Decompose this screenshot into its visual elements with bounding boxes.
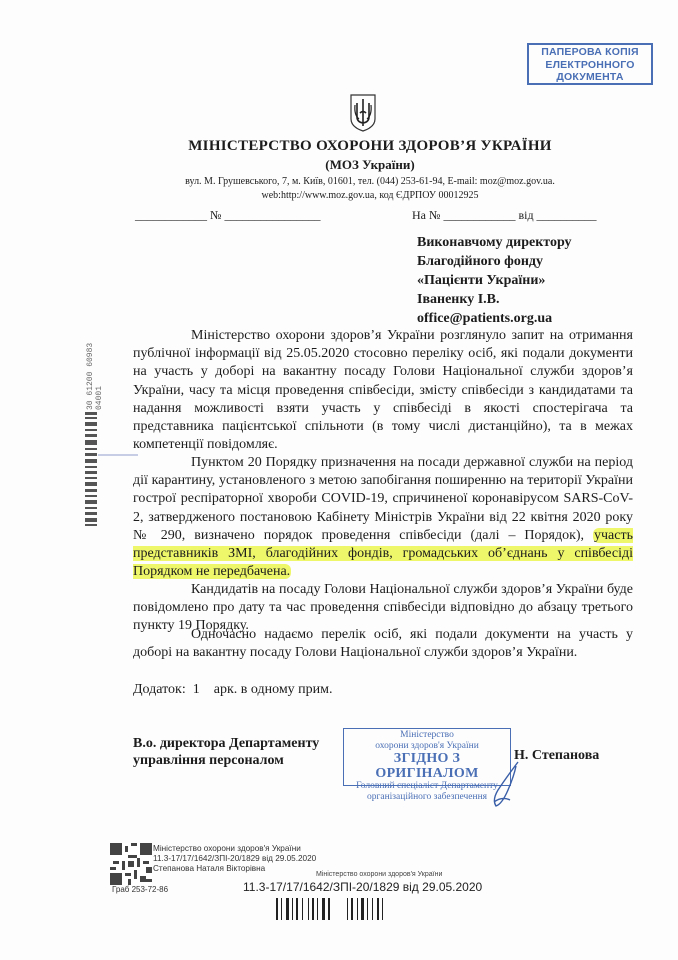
signatory-title-line: В.о. директора Департаменту [133,735,319,752]
addressee-line: Благодійного фонду [417,252,572,271]
paragraph-text: Пунктом 20 Порядку призначення на посади… [133,455,633,543]
stamp-line: Міністерство [344,730,510,741]
outgoing-number-field: ____________ № ________________ [135,208,320,223]
addressee-block: Виконавчому директору Благодійного фонду… [417,233,572,328]
addressee-email: office@patients.org.ua [417,309,572,328]
signatory-title: В.о. директора Департаменту управління п… [133,735,319,769]
reg-ministry: Міністерство охорони здоров'я України [153,844,316,854]
trident-emblem-icon [349,93,377,133]
paragraph-request: Міністерство охорони здоров’я України ро… [133,327,633,454]
electronic-copy-stamp: ПАПЕРОВА КОПІЯ ЕЛЕКТРОННОГО ДОКУМЕНТА [527,43,653,85]
reg-number: 11.3-17/17/1642/ЗПІ-20/1829 від 29.05.20… [153,854,316,864]
footer-ministry: Міністерство охорони здоров'я України [316,871,442,878]
ministry-short-name: (МОЗ України) [120,157,620,173]
stamp-line: охорони здоров'я України [344,741,510,752]
attachment-note: Додаток: 1 арк. в одному прим. [133,682,333,698]
address-line: вул. М. Грушевського, 7, м. Київ, 01601,… [120,175,620,189]
stamp-line: ЕЛЕКТРОННОГО [529,59,651,72]
signature-scribble-icon [488,760,522,810]
paragraph-text: Одночасно надаємо перелік осіб, які пода… [133,626,633,662]
ministry-address: вул. М. Грушевського, 7, м. Київ, 01601,… [120,175,620,203]
stamp-line: ПАПЕРОВА КОПІЯ [529,46,651,59]
barcode-icon [272,898,442,920]
qr-code-icon [110,843,152,885]
stamp-line: ДОКУМЕНТА [529,71,651,84]
stamp-line: Головний спеціаліст Департаменту [344,781,510,792]
side-margin-number: 30 61200 60983 04001 [86,340,98,410]
executor-phone: Граб 253-72-86 [112,885,168,894]
side-barcode-icon [84,412,98,528]
signatory-name: Н. Степанова [514,748,599,764]
incoming-number-field: На № ____________ від __________ [412,208,597,223]
addressee-line: Виконавчому директору [417,233,572,252]
margin-mark [98,454,138,456]
footer-reg-number: 11.3-17/17/1642/ЗПІ-20/1829 від 29.05.20… [243,880,482,894]
addressee-line: «Пацієнти України» [417,271,572,290]
address-line: web:http://www.moz.gov.ua, код ЄДРПОУ 00… [120,189,620,203]
stamp-line: організаційного забезпечення [344,792,510,803]
ministry-name: МІНІСТЕРСТВО ОХОРОНИ ЗДОРОВ’Я УКРАЇНИ [120,138,620,155]
paragraph-procedure: Пунктом 20 Порядку призначення на посади… [133,454,633,581]
certified-copy-stamp: Міністерство охорони здоров'я України ЗГ… [343,728,511,786]
signatory-title-line: управління персоналом [133,752,319,769]
stamp-line: ЗГІДНО З ОРИГІНАЛОМ [344,751,510,781]
paragraph-text: Міністерство охорони здоров’я України ро… [133,327,633,454]
paragraph-list: Одночасно надаємо перелік осіб, які пода… [133,626,633,662]
reg-executor: Степанова Наталя Вікторівна [153,864,316,874]
registration-info: Міністерство охорони здоров'я України 11… [153,844,316,873]
addressee-line: Іваненку І.В. [417,290,572,309]
